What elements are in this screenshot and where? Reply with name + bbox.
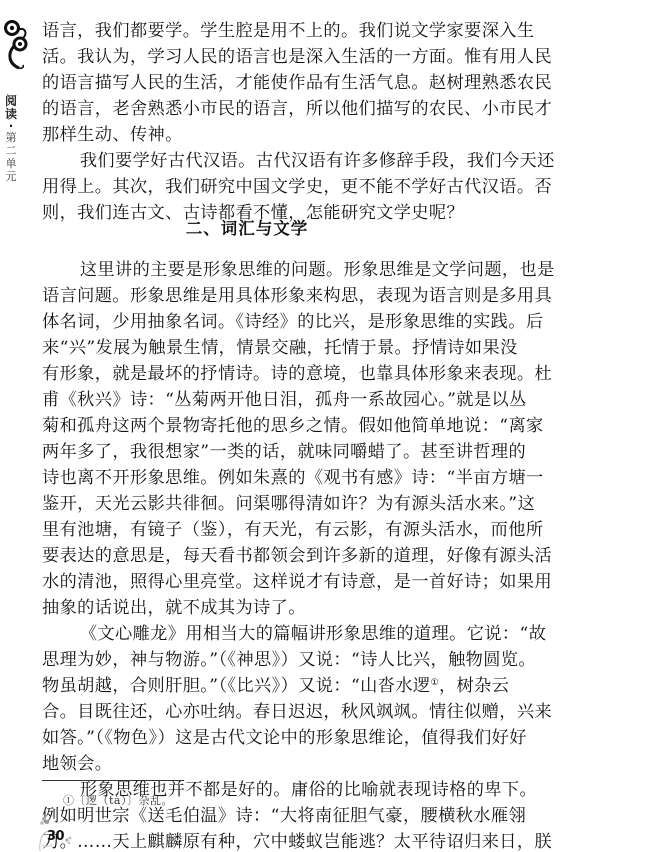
text-line: 水的清池，照得心里亮堂。这样说才有诗意，是一首好诗；如果用 [42, 569, 452, 595]
text-line: 物虽胡越，合则肝胆。”（《比兴》）又说：“山沓水逻①，树杂云 [42, 673, 452, 699]
text-line: 思理为妙，神与物游。”（《神思》）又说：“诗人比兴，触物圆览。 [42, 647, 452, 673]
page-number-area: 30 [36, 815, 86, 852]
paragraph: 形象思维也并不都是好的。庸俗的比喻就表现诗格的卑下。 例如明世宗《送毛伯温》诗：… [42, 777, 452, 852]
text-line: 的语言描写人民的生活，才能使作品有生活气息。赵树理熟悉农民 [42, 70, 452, 96]
footnote-ref[interactable]: ① [431, 678, 439, 688]
text-line: 体名词，少用抽象名词。《诗经》的比兴，是形象思维的实践。后 [42, 309, 452, 335]
text-line: 合。目既往还，心亦吐纳。春日迟迟，秋风飒飒。情往似赠，兴来 [42, 699, 452, 725]
text-run: ，树杂云 [439, 676, 509, 696]
text-line: 里有池塘，有镜子（鉴），有天光，有云影，有源头活水，而他所 [42, 517, 452, 543]
text-line: 《文心雕龙》用相当大的篇幅讲形象思维的道理。它说：“故 [42, 621, 452, 647]
unit-label-sub-4: 元 [4, 170, 18, 183]
text-line: 诗也离不开形象思维。例如朱熹的《观书有感》诗：“半亩方塘一 [42, 465, 452, 491]
section-heading: 二、词汇与文学 [42, 215, 452, 239]
scroll-ornament-icon [3, 20, 33, 72]
text-line: 菊和孤舟这两个景物寄托他的思乡之情。假如他简单地说：“离家 [42, 413, 452, 439]
text-line: 语言问题。形象思维是用具体形象来构思，表现为语言则是多用具 [42, 283, 452, 309]
text-line: 语言，我们都要学。学生腔是用不上的。我们说文学家要深入生 [42, 18, 452, 44]
text-line: 要表达的意思是，每天看书都领会到许多新的道理，好像有源头活 [42, 543, 452, 569]
unit-label-sub-3: 单 [4, 157, 18, 170]
text-line: 活。我认为，学习人民的语言也是深入生活的一方面。惟有用人民 [42, 44, 452, 70]
text-line: 用得上。其次，我们研究中国文学史，更不能不学好古代汉语。否 [42, 174, 452, 200]
unit-label-sub-1: 第 [4, 131, 18, 144]
text-line: 鉴开，天光云影共徘徊。问渠哪得清如许？为有源头活水来。”这 [42, 491, 452, 517]
text-line: 那样生动、传神。 [42, 122, 452, 148]
paragraph: 这里讲的主要是形象思维的问题。形象思维是文学问题，也是 语言问题。形象思维是用具… [42, 257, 452, 621]
text-run: 物虽胡越，合则肝胆。”（《比兴》）又说：“山沓水逻 [42, 676, 431, 696]
unit-label-dot: · [4, 121, 18, 131]
textbook-page: 阅 读 · 第 二 单 元 语言，我们都要学。学生腔是用不上的。我们说文学家要深… [0, 0, 650, 852]
unit-label: 阅 读 · 第 二 单 元 [4, 95, 18, 183]
text-line: 甫《秋兴》诗：“丛菊两开他日泪，孤舟一系故园心。”就是以丛 [42, 387, 452, 413]
text-line: 刀。……天上麒麟原有种，穴中蝼蚁岂能逃？太平待诏归来日，朕 [42, 829, 452, 852]
text-line: 这里讲的主要是形象思维的问题。形象思维是文学问题，也是 [42, 257, 452, 283]
text-line: 的语言，老舍熟悉小市民的语言，所以他们描写的农民、小市民才 [42, 96, 452, 122]
page-number: 30 [47, 829, 64, 844]
paragraph: 《文心雕龙》用相当大的篇幅讲形象思维的道理。它说：“故 思理为妙，神与物游。”（… [42, 621, 452, 777]
body-block-a: 语言，我们都要学。学生腔是用不上的。我们说文学家要深入生 活。我认为，学习人民的… [42, 18, 452, 226]
paragraph: 语言，我们都要学。学生腔是用不上的。我们说文学家要深入生 活。我认为，学习人民的… [42, 18, 452, 148]
footnote-divider [42, 780, 184, 781]
text-line: 地领会。 [42, 751, 452, 777]
unit-label-sub-2: 二 [4, 144, 18, 157]
text-line: 来“兴”发展为触景生情，情景交融，托情于景。抒情诗如果没 [42, 335, 452, 361]
body-block-b: 这里讲的主要是形象思维的问题。形象思维是文学问题，也是 语言问题。形象思维是用具… [42, 257, 452, 852]
text-line: 有形象，就是最坏的抒情诗。诗的意境，也靠具体形象来表现。杜 [42, 361, 452, 387]
text-line: 我们要学好古代汉语。古代汉语有许多修辞手段，我们今天还 [42, 148, 452, 174]
text-line: 如答。”（《物色》）这是古代文论中的形象思维论，值得我们好好 [42, 725, 452, 751]
text-line: 两年多了，我很想家”一类的话，就味同嚼蜡了。甚至讲哲理的 [42, 439, 452, 465]
footnote: ①〔逻（tà）〕杂乱。 [63, 792, 173, 808]
text-line: 抽象的话说出，就不成其为诗了。 [42, 595, 452, 621]
